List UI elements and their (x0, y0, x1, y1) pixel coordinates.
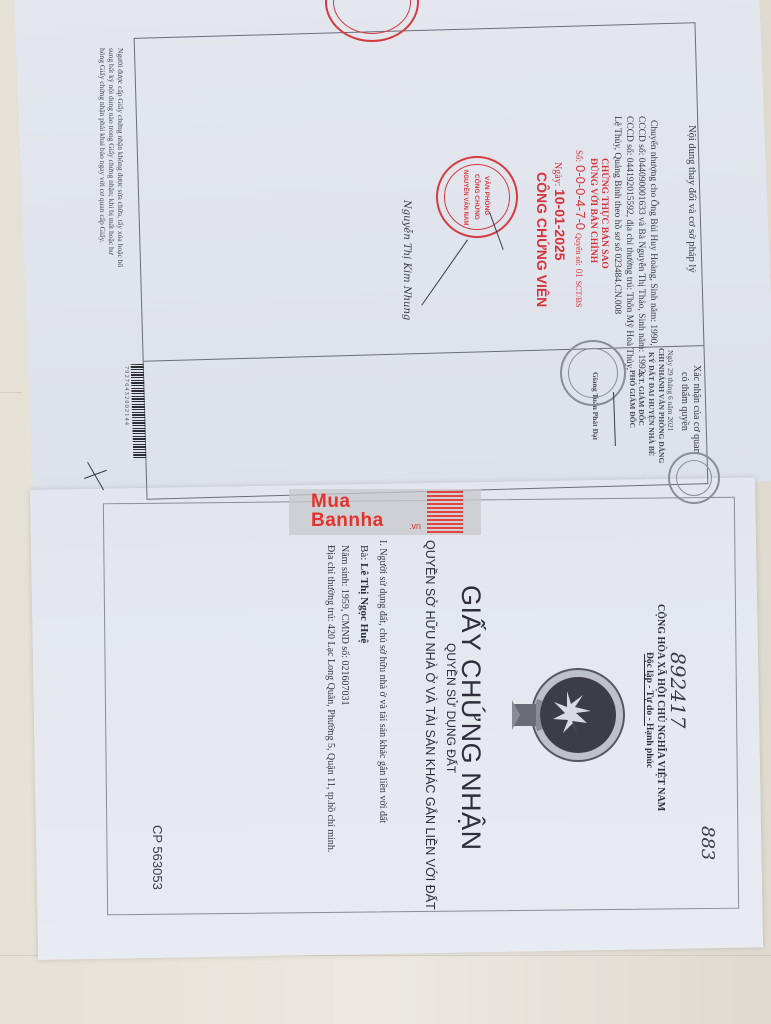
handwritten-number: 892417 (666, 652, 690, 728)
barcode (131, 364, 147, 460)
transfer-note-line: CCCD số: 044192015592, địa chỉ thường tr… (623, 116, 634, 370)
notary-stamp: VĂN PHÒNG CÔNG CHỨNG NGUYỄN VĂN NAM (436, 156, 518, 238)
floor-tile-seam (0, 392, 22, 393)
motto-underline (644, 654, 645, 726)
authority-role-line2: PHÓ GIÁM ĐỐC (628, 370, 637, 428)
date-value: 10-01-2025 (552, 189, 568, 261)
certified-copy-line2: ĐÚNG VỚI BẢN CHÍNH (588, 158, 598, 263)
stamp-center-line2: CÔNG CHỨNG (473, 174, 480, 220)
book-suffix: SCT/BS (574, 281, 583, 308)
confirmation-column-header-line1: Xác nhận của cơ quan (691, 365, 702, 454)
notary-title: CÔNG CHỨNG VIÊN (534, 172, 550, 307)
book-value: 01 (574, 269, 584, 278)
national-emblem-icon (510, 660, 630, 770)
national-header: CỘNG HÒA XÃ HỘI CHỦ NGHĨA VIỆT NAM (655, 604, 666, 811)
watermark-building-icon (427, 491, 463, 533)
certificate-subtitle-2: QUYỀN SỞ HỮU NHÀ Ở VÀ TÀI SẢN KHÁC GẮN L… (423, 540, 437, 910)
authority-date: Ngày 29 tháng 6 năm 2021 (666, 350, 675, 431)
certificate-serial: CP 563053 (150, 825, 165, 890)
certified-copy-date: Ngày: 10-01-2025 (552, 162, 568, 261)
owner-birth-id: Năm sinh: 1959, CMND số: 021607031 (339, 545, 350, 706)
transfer-note-line: Chuyển nhượng cho Ông Bùi Huy Hoàng, Sin… (647, 120, 658, 346)
national-motto: Độc lập - Tự do - Hạnh phúc (644, 652, 654, 768)
stamp-center-line1: VĂN PHÒNG (483, 176, 490, 215)
site-watermark: Mua Bannha .vn (289, 489, 481, 535)
barcode-digits: 79276432002144 (121, 366, 130, 426)
section-1-heading: I. Người sử dụng đất, chủ sở hữu nhà ở v… (377, 540, 388, 823)
disclaimer-line: hỏng Giấy chứng nhận phải khai báo ngay … (98, 48, 107, 243)
stamp-center-line3: NGUYỄN VĂN NAM (462, 170, 468, 225)
number-label: Số: (574, 150, 584, 162)
changes-column-header: Nội dung thay đổi và cơ sở pháp lý (686, 125, 697, 273)
owner-address: Địa chỉ thường trú: 420 Lạc Long Quân, P… (325, 545, 336, 852)
owner-line: Bà: Lê Thị Ngọc Huệ (358, 545, 370, 643)
authority-org-line2: KÝ ĐẤT ĐAI HUYỆN NHÀ BÈ (647, 352, 656, 456)
book-label: Quyển số: (574, 233, 583, 266)
disclaimer-line: sung bất kỳ nội dung nào trong Giấy chứn… (107, 48, 116, 255)
certified-copy-line1: CHỨNG THỰC BẢN SAO (599, 158, 609, 269)
number-value: 0-0-0-4-7-0 (573, 165, 588, 230)
watermark-suffix: .vn (409, 521, 421, 531)
authority-org-line1: CHI NHÁNH VĂN PHÒNG ĐĂNG (657, 348, 666, 463)
certificate-subtitle-1: QUYỀN SỬ DỤNG ĐẤT (444, 643, 458, 773)
disclaimer-line: Người được cấp Giấy chứng nhận không đượ… (116, 48, 125, 267)
transfer-note-line: CCCD số: 044090001633 và Bà Nguyễn Thị T… (635, 116, 646, 376)
certificate-title: GIẤY CHỨNG NHẬN (455, 585, 486, 851)
watermark-line2: Bannha (311, 511, 384, 530)
date-label: Ngày: (552, 162, 563, 186)
notary-signer-name: Nguyễn Thị Kim Nhung (401, 200, 412, 320)
transfer-note-line: Lệ Thủy, Quảng Bình theo hồ sơ số 023484… (611, 116, 622, 314)
owner-label: Bà: (358, 545, 370, 560)
confirmation-column-header-line2: có thẩm quyền (679, 372, 690, 431)
authority-role-line1: KT. GIÁM ĐỐC (637, 372, 646, 426)
certified-copy-number: Số: 0-0-0-4-7-0 Quyển số: 01 SCT/BS (572, 150, 588, 307)
authority-stamp (560, 340, 626, 406)
watermark-line1: Mua (311, 492, 351, 511)
owner-name: Lê Thị Ngọc Huệ (358, 563, 370, 643)
handwritten-mark: 883 (697, 826, 718, 860)
